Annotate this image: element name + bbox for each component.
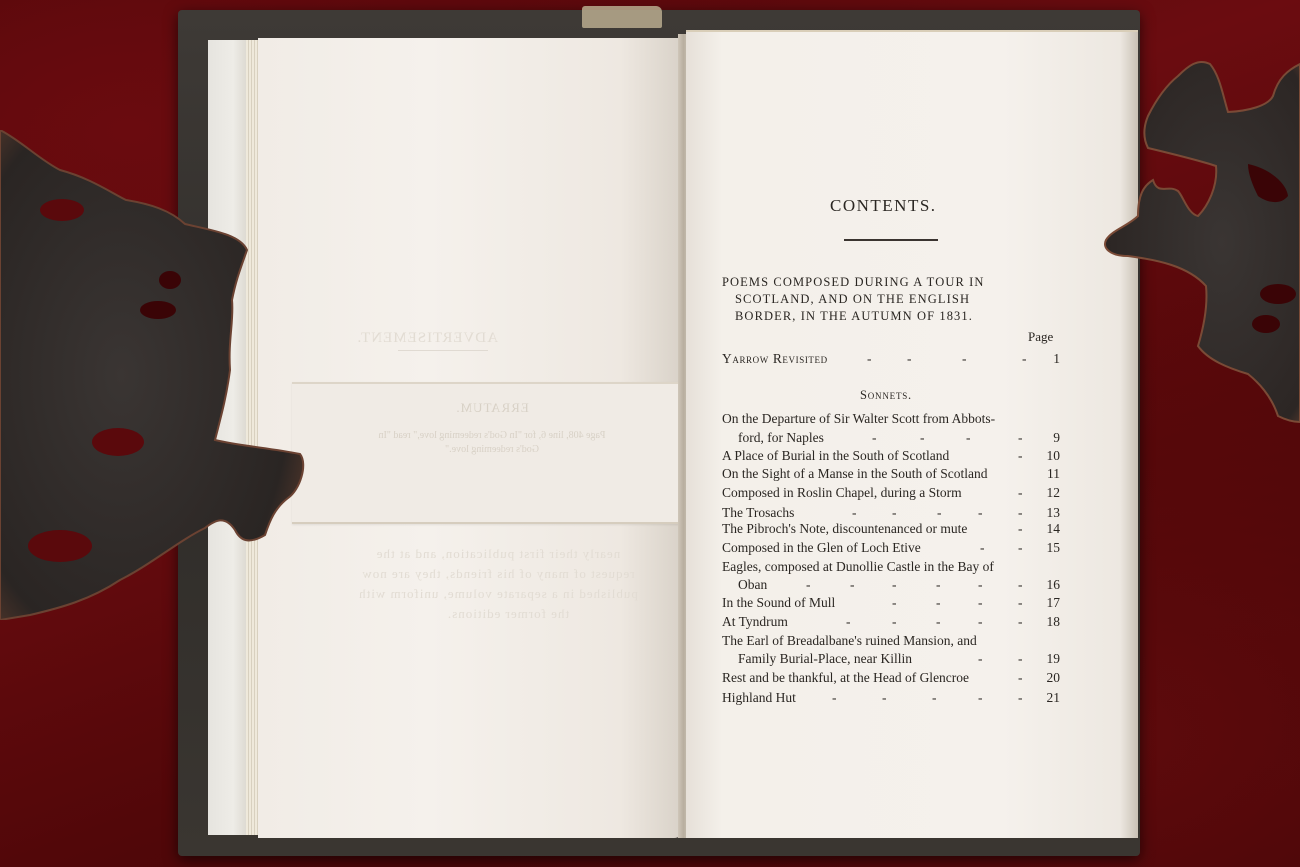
slip-heading: ERRATUM. bbox=[292, 400, 692, 416]
toc-entry-title: Composed in Roslin Chapel, during a Stor… bbox=[722, 484, 962, 502]
showthrough-line: nearly their first publication, and at t… bbox=[318, 546, 678, 562]
toc-entry-page: 18 bbox=[1034, 613, 1060, 631]
toc-entry[interactable]: A Place of Burial in the South of Scotla… bbox=[722, 447, 1060, 465]
toc-entry-title: Oban bbox=[738, 576, 767, 594]
toc-entry-title: At Tyndrum bbox=[722, 613, 788, 631]
toc-entry-title: The Earl of Breadalbane's ruined Mansion… bbox=[722, 632, 977, 650]
toc-entry-page: 15 bbox=[1034, 539, 1060, 557]
toc-entry[interactable]: Highland Hut ----- 21 bbox=[722, 689, 1060, 707]
erratum-slip: ERRATUM. Page 408, line 6, for "In God's… bbox=[292, 382, 692, 524]
cover-torn-edge bbox=[582, 6, 662, 28]
toc-entry[interactable]: Eagles, composed at Dunollie Castle in t… bbox=[722, 558, 1060, 576]
toc-entry-page: 21 bbox=[1034, 689, 1060, 707]
title-rule bbox=[844, 239, 938, 241]
page-title: CONTENTS. bbox=[830, 196, 937, 216]
showthrough-heading: ADVERTISEMENT. bbox=[358, 330, 498, 347]
toc-entry-page: 20 bbox=[1034, 669, 1060, 687]
toc-entry-page: 10 bbox=[1034, 447, 1060, 465]
toc-entry[interactable]: At Tyndrum ----- 18 bbox=[722, 613, 1060, 631]
showthrough-line: published in a separate volume, uniform … bbox=[318, 586, 678, 602]
toc-entry-page: 12 bbox=[1034, 484, 1060, 502]
subheading: Sonnets. bbox=[860, 388, 912, 403]
showthrough-line: the former editions. bbox=[408, 606, 608, 622]
section-heading-line: SCOTLAND, AND ON THE ENGLISH bbox=[722, 291, 1022, 308]
toc-entry[interactable]: The Earl of Breadalbane's ruined Mansion… bbox=[722, 632, 1060, 650]
toc-entry-title: The Pibroch's Note, discountenanced or m… bbox=[722, 520, 967, 538]
toc-entry-page: 14 bbox=[1034, 520, 1060, 538]
toc-entry-page: 19 bbox=[1034, 650, 1060, 668]
toc-entry[interactable]: Yarrow Revisited ---- 1 bbox=[722, 350, 1060, 368]
toc-entry[interactable]: Composed in Roslin Chapel, during a Stor… bbox=[722, 484, 1060, 502]
toc-entry-title: In the Sound of Mull bbox=[722, 594, 835, 612]
toc-entry-page: 11 bbox=[1034, 465, 1060, 483]
toc-entry-title: Rest and be thankful, at the Head of Gle… bbox=[722, 669, 969, 687]
toc-entry[interactable]: The Pibroch's Note, discountenanced or m… bbox=[722, 520, 1060, 538]
toc-entry-page: 16 bbox=[1034, 576, 1060, 594]
toc-entry-title: Family Burial-Place, near Killin bbox=[738, 650, 912, 668]
toc-entry-page: 17 bbox=[1034, 594, 1060, 612]
right-metal-clip-icon bbox=[1098, 56, 1300, 424]
toc-entry[interactable]: Rest and be thankful, at the Head of Gle… bbox=[722, 669, 1060, 687]
showthrough-rule bbox=[398, 350, 488, 351]
toc-entry-title: Highland Hut bbox=[722, 689, 796, 707]
toc-entry[interactable]: Composed in the Glen of Loch Etive -- 15 bbox=[722, 539, 1060, 557]
section-heading-line: POEMS COMPOSED DURING A TOUR IN bbox=[722, 274, 1022, 291]
toc-entry-title: On the Departure of Sir Walter Scott fro… bbox=[722, 410, 995, 428]
slip-line: God's redeeming love." bbox=[292, 444, 692, 455]
toc-entry-title: A Place of Burial in the South of Scotla… bbox=[722, 447, 949, 465]
toc-entry[interactable]: In the Sound of Mull ---- 17 bbox=[722, 594, 1060, 612]
left-metal-clip-icon bbox=[0, 130, 310, 620]
section-heading-line: BORDER, IN THE AUTUMN OF 1831. bbox=[722, 308, 1022, 325]
showthrough-line: request of many of his friends, they are… bbox=[318, 566, 678, 582]
toc-entry[interactable]: On the Departure of Sir Walter Scott fro… bbox=[722, 410, 1060, 428]
slip-line: Page 408, line 6, for "In God's redeemin… bbox=[292, 430, 692, 441]
toc-entry-title: Composed in the Glen of Loch Etive bbox=[722, 539, 921, 557]
toc-entry-title: Eagles, composed at Dunollie Castle in t… bbox=[722, 558, 994, 576]
toc-entry-page: 1 bbox=[1034, 350, 1060, 368]
toc-entry-continued[interactable]: ford, for Naples ---- 9 bbox=[722, 429, 1060, 447]
toc-entry-continued[interactable]: Family Burial-Place, near Killin -- 19 bbox=[722, 650, 1060, 668]
toc-entry-title: Yarrow Revisited bbox=[722, 350, 828, 368]
toc-entry[interactable]: On the Sight of a Manse in the South of … bbox=[722, 465, 1060, 483]
toc-entry-page: 9 bbox=[1034, 429, 1060, 447]
page-column-label: Page bbox=[1028, 329, 1053, 345]
toc-entry-title: ford, for Naples bbox=[738, 429, 824, 447]
toc-entry-title: On the Sight of a Manse in the South of … bbox=[722, 465, 987, 483]
toc-entry-continued[interactable]: Oban ------ 16 bbox=[722, 576, 1060, 594]
section-heading: POEMS COMPOSED DURING A TOUR IN SCOTLAND… bbox=[722, 274, 1022, 325]
